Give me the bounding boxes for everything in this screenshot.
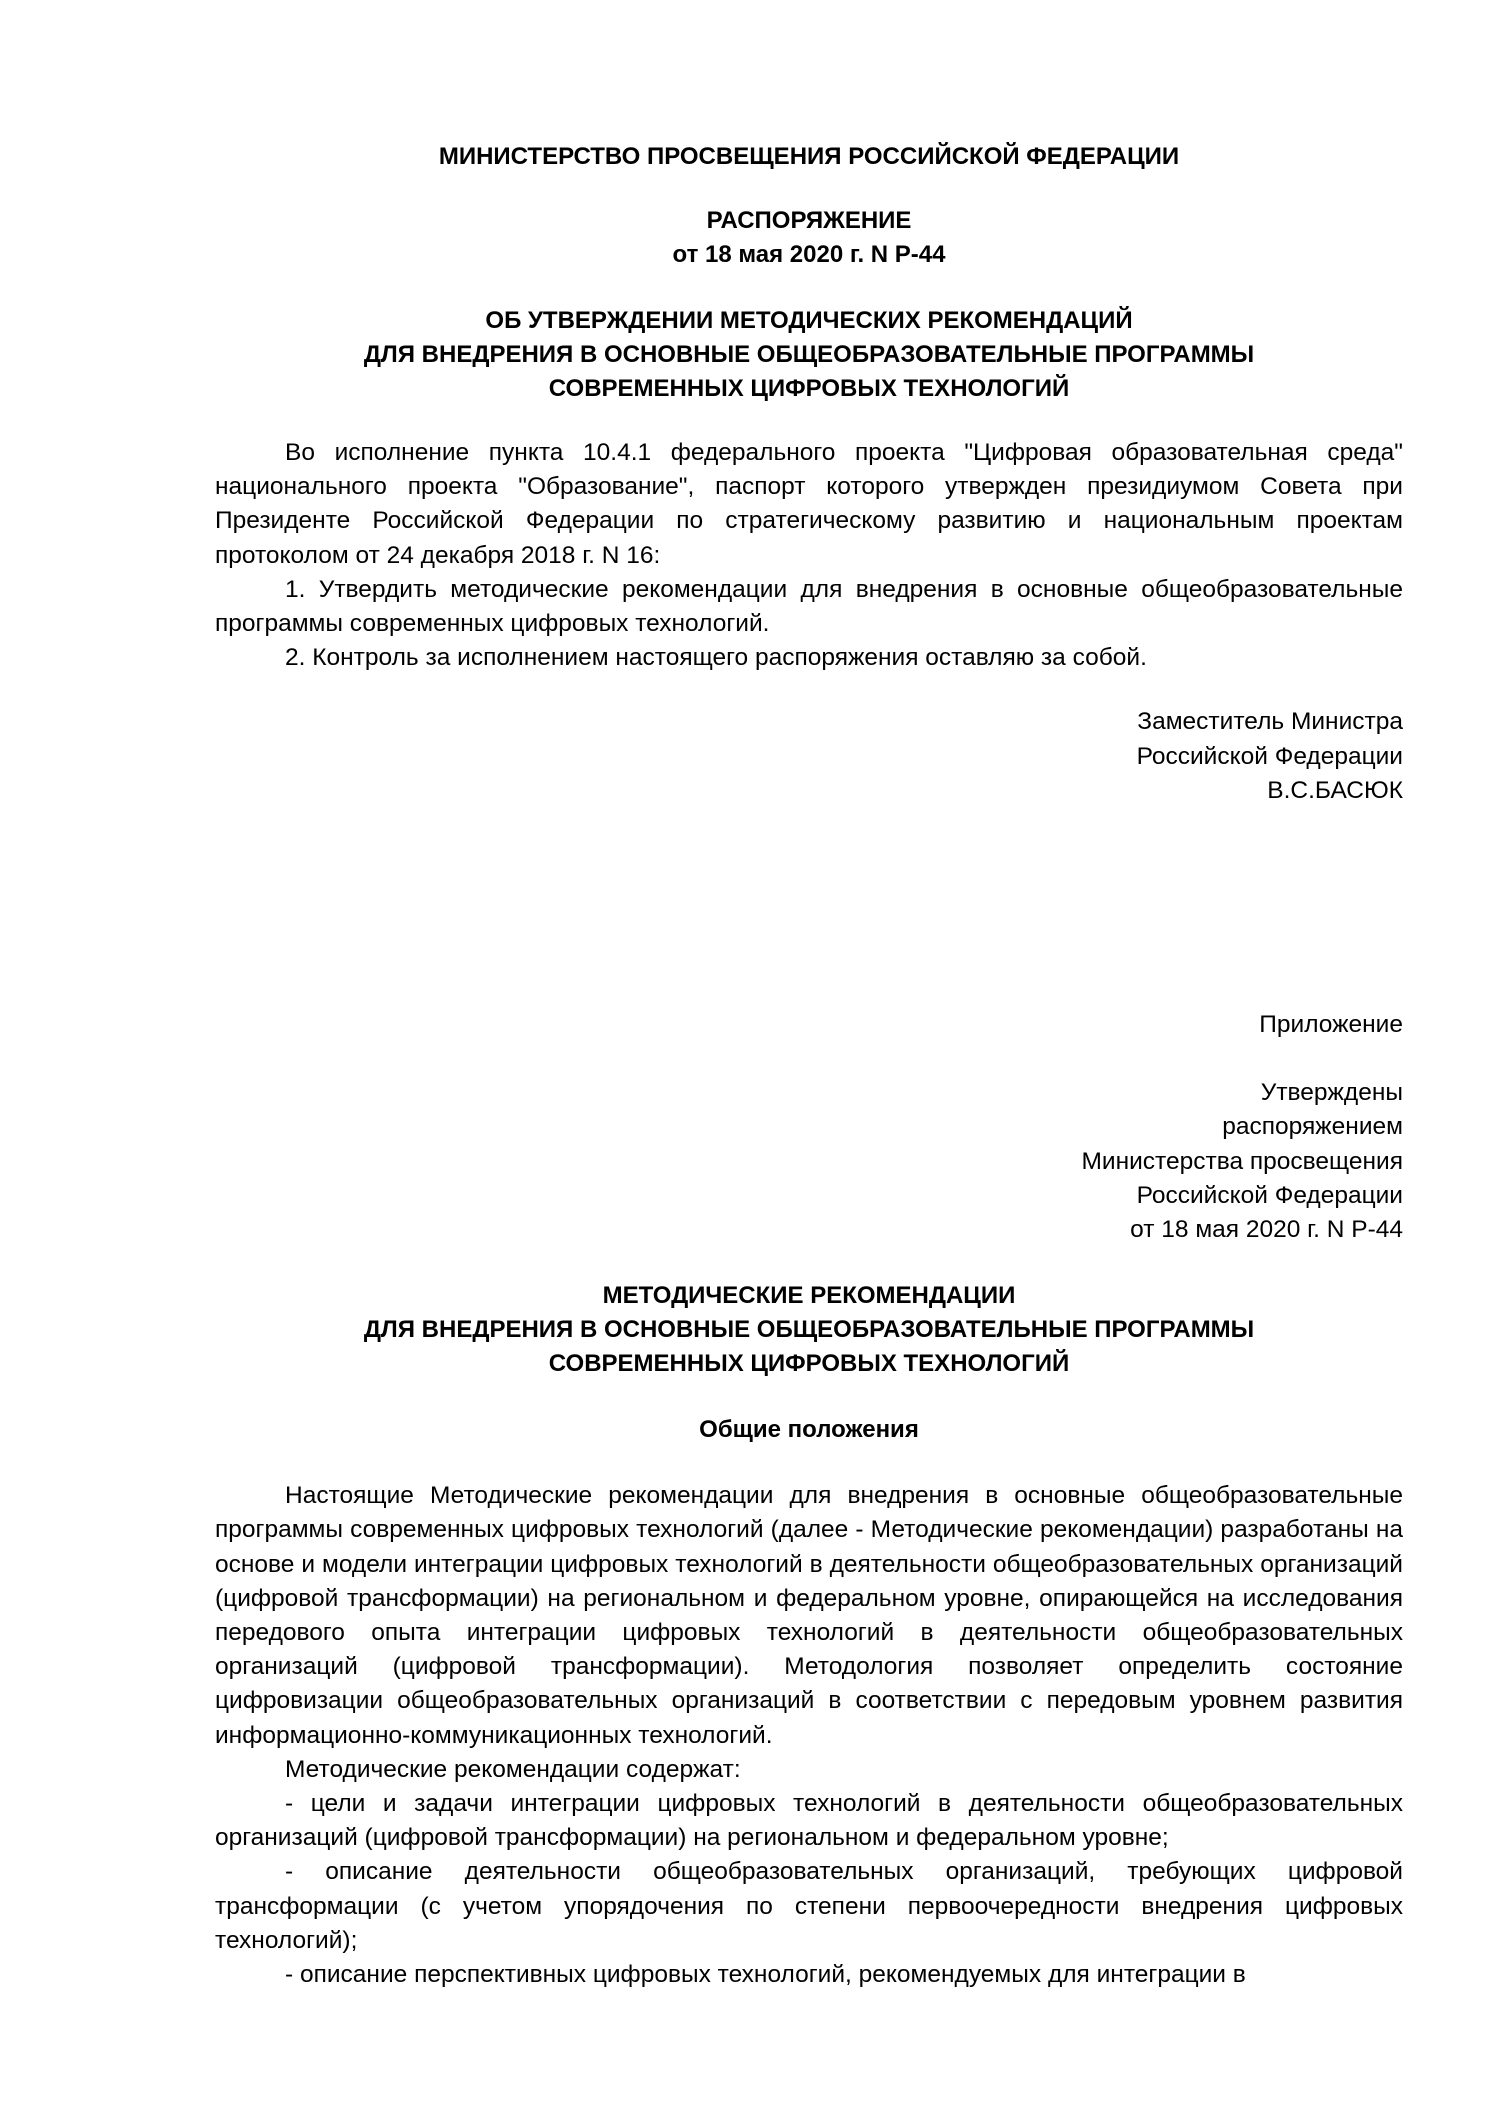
- body-paragraph: Методические рекомендации содержат:: [215, 1753, 1403, 1787]
- order-title: ОБ УТВЕРЖДЕНИИ МЕТОДИЧЕСКИХ РЕКОМЕНДАЦИЙ…: [215, 304, 1403, 406]
- recommendations-title-line: ДЛЯ ВНЕДРЕНИЯ В ОСНОВНЫЕ ОБЩЕОБРАЗОВАТЕЛ…: [215, 1313, 1403, 1347]
- signature-block: Заместитель Министра Российской Федераци…: [215, 705, 1403, 808]
- signatory-position-line2: Российской Федерации: [215, 740, 1403, 774]
- body-paragraph: Настоящие Методические рекомендации для …: [215, 1479, 1403, 1753]
- approval-line: Российской Федерации: [215, 1179, 1403, 1213]
- document-page: МИНИСТЕРСТВО ПРОСВЕЩЕНИЯ РОССИЙСКОЙ ФЕДЕ…: [215, 140, 1403, 1992]
- approval-line: распоряжением: [215, 1110, 1403, 1144]
- recommendations-title-line: МЕТОДИЧЕСКИЕ РЕКОМЕНДАЦИИ: [215, 1279, 1403, 1313]
- order-heading: РАСПОРЯЖЕНИЕ от 18 мая 2020 г. N Р-44: [215, 204, 1403, 272]
- list-item: - описание деятельности общеобразователь…: [215, 1855, 1403, 1958]
- approval-stamp: Утверждены распоряжением Министерства пр…: [215, 1076, 1403, 1247]
- recommendations-title-line: СОВРЕМЕННЫХ ЦИФРОВЫХ ТЕХНОЛОГИЙ: [215, 1347, 1403, 1381]
- approval-line: Утверждены: [215, 1076, 1403, 1110]
- document-date-number: от 18 мая 2020 г. N Р-44: [215, 238, 1403, 272]
- recommendations-title: МЕТОДИЧЕСКИЕ РЕКОМЕНДАЦИИ ДЛЯ ВНЕДРЕНИЯ …: [215, 1279, 1403, 1381]
- approval-line: от 18 мая 2020 г. N Р-44: [215, 1213, 1403, 1247]
- ministry-name: МИНИСТЕРСТВО ПРОСВЕЩЕНИЯ РОССИЙСКОЙ ФЕДЕ…: [215, 140, 1403, 174]
- document-type: РАСПОРЯЖЕНИЕ: [215, 204, 1403, 238]
- order-preamble: Во исполнение пункта 10.4.1 федерального…: [215, 436, 1403, 573]
- approval-line: Министерства просвещения: [215, 1145, 1403, 1179]
- signatory-name: В.С.БАСЮК: [215, 774, 1403, 808]
- list-item: - описание перспективных цифровых технол…: [215, 1958, 1403, 1992]
- order-body: Во исполнение пункта 10.4.1 федерального…: [215, 436, 1403, 675]
- order-item-2: 2. Контроль за исполнением настоящего ра…: [215, 641, 1403, 675]
- recommendations-body: Настоящие Методические рекомендации для …: [215, 1479, 1403, 1992]
- order-title-line: ОБ УТВЕРЖДЕНИИ МЕТОДИЧЕСКИХ РЕКОМЕНДАЦИЙ: [215, 304, 1403, 338]
- order-title-line: СОВРЕМЕННЫХ ЦИФРОВЫХ ТЕХНОЛОГИЙ: [215, 372, 1403, 406]
- order-title-line: ДЛЯ ВНЕДРЕНИЯ В ОСНОВНЫЕ ОБЩЕОБРАЗОВАТЕЛ…: [215, 338, 1403, 372]
- appendix-label: Приложение: [215, 1008, 1403, 1042]
- order-item-1: 1. Утвердить методические рекомендации д…: [215, 573, 1403, 641]
- list-item: - цели и задачи интеграции цифровых техн…: [215, 1787, 1403, 1855]
- signatory-position-line1: Заместитель Министра: [215, 705, 1403, 739]
- section-heading: Общие положения: [215, 1413, 1403, 1447]
